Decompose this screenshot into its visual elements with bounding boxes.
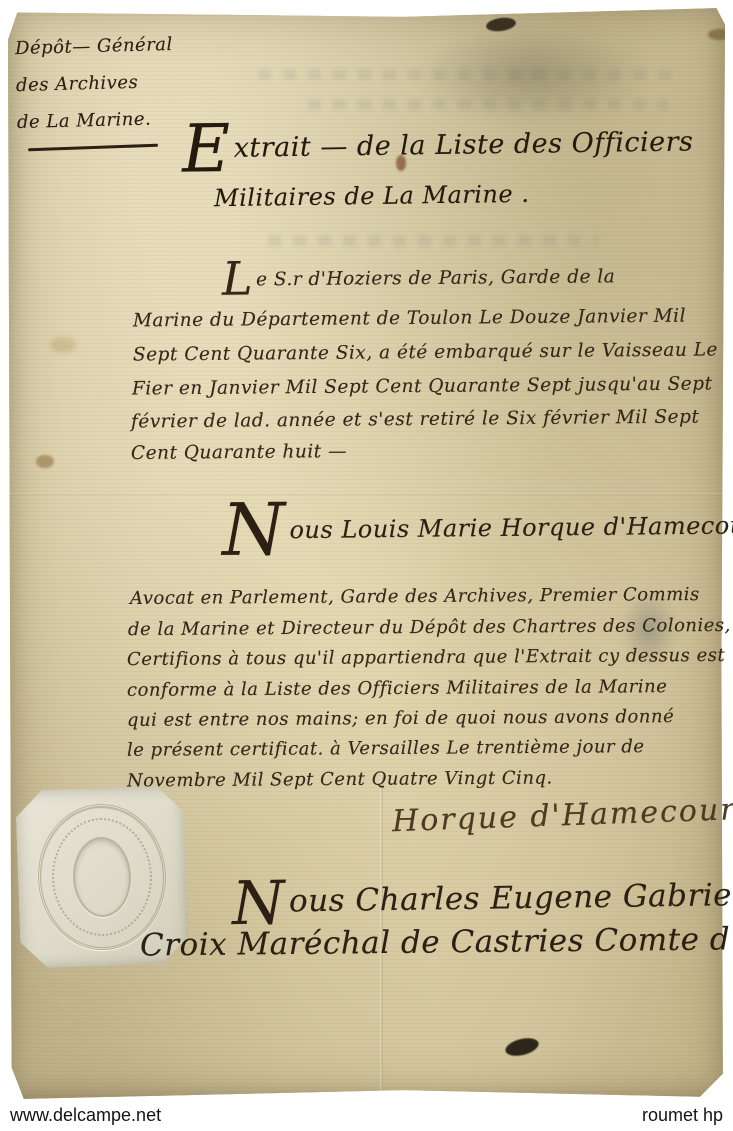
ink-spot: [504, 1035, 541, 1059]
ink-spot: [708, 29, 730, 40]
document-photo: Dépôt— Général des Archives de La Marine…: [0, 0, 733, 1131]
certification-line: Certifions à tous qu'il appartiendra que…: [127, 645, 725, 670]
ink-bleed-through: [308, 99, 668, 110]
watermark-bar: www.delcampe.net roumet hp: [0, 1100, 733, 1131]
stain-spot: [50, 337, 76, 353]
stain-spot: [36, 455, 54, 468]
closing-line1: Nous Charles Eugene Gabriel de la: [232, 876, 733, 920]
ink-spot: [485, 16, 517, 33]
certification-line: qui est entre nos mains; en foi de quoi …: [127, 706, 674, 731]
corner-note-line: de La Marine.: [17, 100, 176, 141]
corner-note-line: Dépôt— Général: [15, 26, 174, 67]
paragraph1-line: Le S.r d'Hoziers de Paris, Garde de la: [222, 266, 615, 290]
certification-line: Novembre Mil Sept Cent Quatre Vingt Cinq…: [127, 768, 553, 792]
stain-smudge: [408, 19, 658, 129]
certification-opening: Nous Louis Marie Horque d'Hamecourt: [222, 511, 733, 545]
archive-corner-note: Dépôt— Général des Archives de La Marine…: [15, 26, 176, 141]
closing-line2: Croix Maréchal de Castries Comte d'Alais: [140, 920, 733, 963]
corner-note-line: des Archives: [16, 63, 175, 104]
document-title-line2: Militaires de La Marine .: [214, 180, 530, 212]
certification-line: conforme à la Liste des Officiers Milita…: [127, 676, 667, 701]
certification-line: Avocat en Parlement, Garde des Archives,…: [130, 584, 700, 609]
paragraph1-line: Cent Quarante huit —: [131, 441, 347, 464]
ink-bleed-through: [258, 69, 678, 80]
watermark-right-text: roumet hp: [642, 1105, 723, 1126]
certification-line: le présent certificat. à Versailles Le t…: [127, 736, 645, 761]
ink-bleed-through: [268, 235, 598, 246]
certification-line: de la Marine et Directeur du Dépôt des C…: [128, 615, 731, 640]
watermark-left-text: www.delcampe.net: [10, 1105, 161, 1126]
fold-crease-horizontal: [8, 493, 725, 495]
